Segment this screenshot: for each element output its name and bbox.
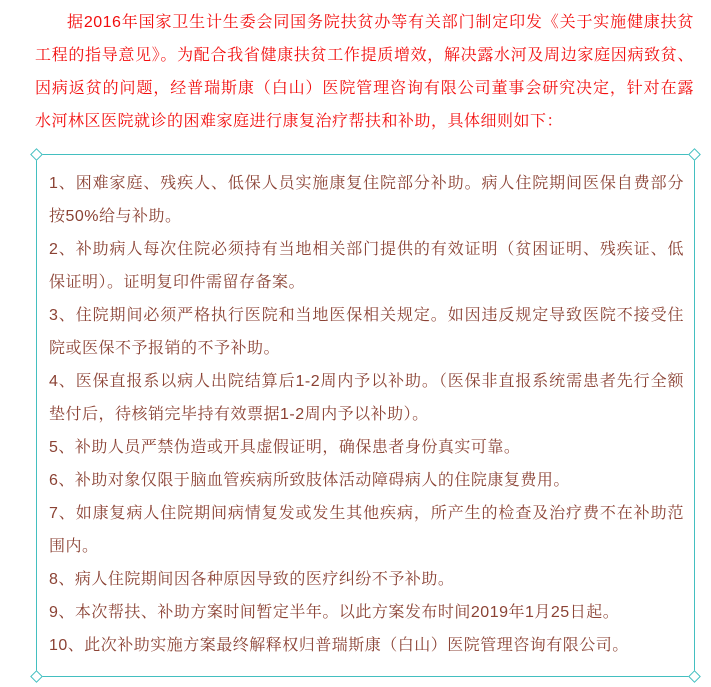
corner-diamond-top-left-icon xyxy=(30,148,43,161)
notice-item: 7、如康复病人住院期间病情复发或发生其他疾病，所产生的检查及治疗费不在补助范围内… xyxy=(49,497,684,563)
intro-paragraph: 据2016年国家卫生计生委会同国务院扶贫办等有关部门制定印发《关于实施健康扶贫工… xyxy=(35,6,694,138)
notice-item: 9、本次帮扶、补助方案时间暂定半年。以此方案发布时间2019年1月25日起。 xyxy=(49,596,684,629)
corner-diamond-bottom-right-icon xyxy=(688,670,701,683)
notice-item: 8、病人住院期间因各种原因导致的医疗纠纷不予补助。 xyxy=(49,563,684,596)
notice-item: 4、医保直报系以病人出院结算后1-2周内予以补助。（医保非直报系统需患者先行全额… xyxy=(49,365,684,431)
corner-diamond-bottom-left-icon xyxy=(30,670,43,683)
notice-list: 1、困难家庭、残疾人、低保人员实施康复住院部分补助。病人住院期间医保自费部分按5… xyxy=(49,167,684,662)
corner-diamond-top-right-icon xyxy=(688,148,701,161)
notice-item: 3、住院期间必须严格执行医院和当地医保相关规定。如因违反规定导致医院不接受住院或… xyxy=(49,299,684,365)
notice-item: 1、困难家庭、残疾人、低保人员实施康复住院部分补助。病人住院期间医保自费部分按5… xyxy=(49,167,684,233)
notice-item: 6、补助对象仅限于脑血管疾病所致肢体活动障碍病人的住院康复费用。 xyxy=(49,464,684,497)
notice-item: 2、补助病人每次住院必须持有当地相关部门提供的有效证明（贫困证明、残疾证、低保证… xyxy=(49,233,684,299)
document-page: 据2016年国家卫生计生委会同国务院扶贫办等有关部门制定印发《关于实施健康扶贫工… xyxy=(0,0,711,687)
notice-box: 1、困难家庭、残疾人、低保人员实施康复住院部分补助。病人住院期间医保自费部分按5… xyxy=(36,154,695,677)
notice-item: 5、补助人员严禁伪造或开具虚假证明，确保患者身份真实可靠。 xyxy=(49,431,684,464)
notice-item: 10、此次补助实施方案最终解释权归普瑞斯康（白山）医院管理咨询有限公司。 xyxy=(49,629,684,662)
